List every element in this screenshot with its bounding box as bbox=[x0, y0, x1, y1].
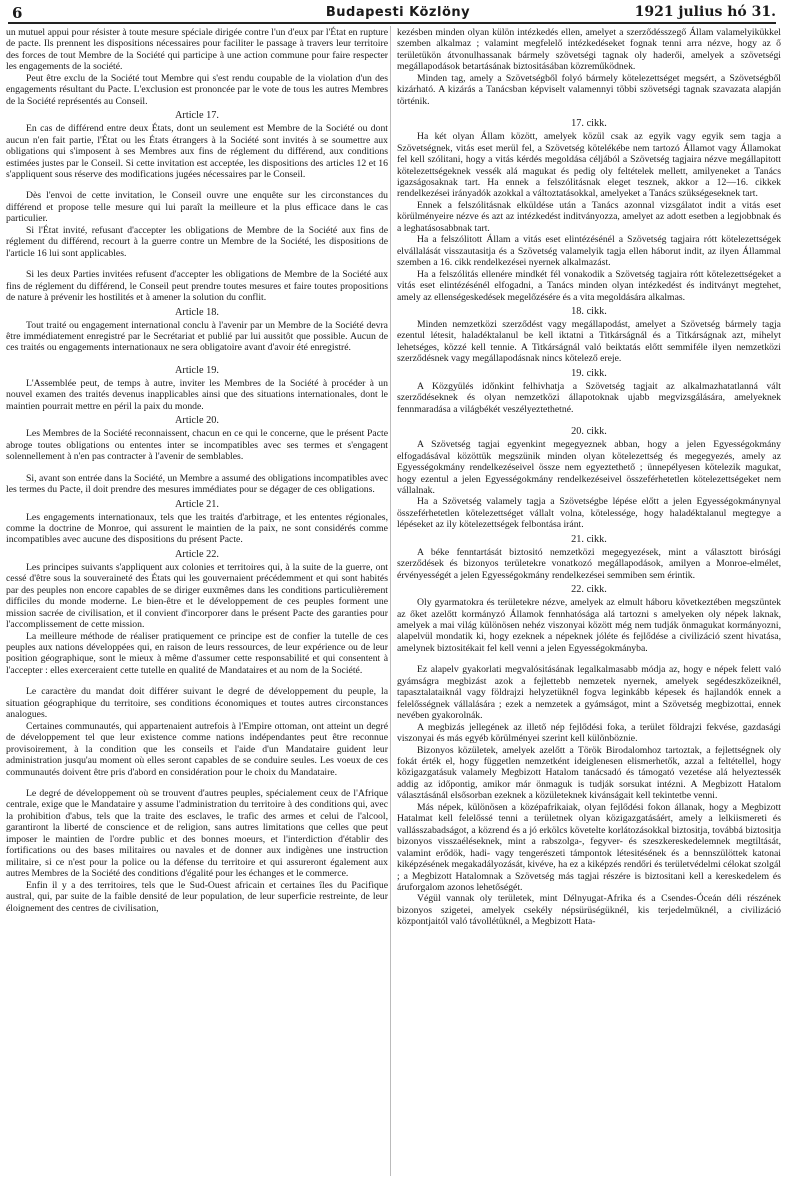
issue-date: 1921 julius hó 31. bbox=[635, 4, 776, 20]
paragraph: Bizonyos közületek, amelyek azelőtt a Tö… bbox=[397, 745, 781, 802]
paragraph: un mutuel appui pour résister à toute me… bbox=[6, 27, 388, 73]
paragraph: Si l'État invité, refusant d'accepter le… bbox=[6, 225, 388, 259]
article-heading: Article 18. bbox=[6, 306, 388, 319]
left-column-french-text: un mutuel appui pour résister à toute me… bbox=[6, 27, 388, 914]
paragraph: Tout traité ou engagement international … bbox=[6, 320, 388, 354]
article-heading: 22. cikk. bbox=[397, 583, 781, 596]
article-heading: Article 21. bbox=[6, 498, 388, 511]
article-heading: Article 22. bbox=[6, 548, 388, 561]
paragraph: Ha a Szövetség valamely tagja a Szövetsé… bbox=[397, 496, 781, 530]
article-heading: Article 20. bbox=[6, 414, 388, 427]
paragraph: Oly gyarmatokra és területekre nézve, am… bbox=[397, 597, 781, 654]
header-rule bbox=[8, 22, 776, 24]
paragraph: A Közgyülés időnkint felhivhatja a Szöve… bbox=[397, 381, 781, 415]
article-heading: Article 19. bbox=[6, 364, 388, 377]
right-column-hungarian-text: kezésben minden olyan külön intézkedés e… bbox=[397, 27, 781, 928]
paragraph: Ha két olyan Állam között, amelyek közül… bbox=[397, 131, 781, 200]
paragraph: Si, avant son entrée dans la Société, un… bbox=[6, 473, 388, 496]
paragraph: Végül vannak oly területek, mint Délnyug… bbox=[397, 893, 781, 927]
paragraph: Ez alapelv gyakorlati megvalósitásának l… bbox=[397, 664, 781, 721]
article-heading: 17. cikk. bbox=[397, 117, 781, 130]
paragraph: A Szövetség tagjai egyenkint megegyeznek… bbox=[397, 439, 781, 496]
paragraph: Les engagements internationaux, tels que… bbox=[6, 512, 388, 546]
paragraph: Minden nemzetközi szerződést vagy megáll… bbox=[397, 319, 781, 365]
article-heading: Article 17. bbox=[6, 109, 388, 122]
paragraph: Ha a felszólitás ellenére mindkét fél vo… bbox=[397, 269, 781, 303]
paragraph: Ha a felszólitott Állam a vitás eset eli… bbox=[397, 234, 781, 268]
paragraph: Dès l'envoi de cette invitation, le Cons… bbox=[6, 190, 388, 224]
paragraph: Si les deux Parties invitées refusent d'… bbox=[6, 269, 388, 303]
paragraph: La meilleure méthode de réaliser pratiqu… bbox=[6, 631, 388, 677]
paragraph: En cas de différend entre deux États, do… bbox=[6, 123, 388, 180]
paragraph: Minden tag, amely a Szövetségből folyó b… bbox=[397, 73, 781, 107]
paragraph: Les principes suivants s'appliquent aux … bbox=[6, 562, 388, 631]
newspaper-page: 6 Budapesti Közlöny 1921 julius hó 31. u… bbox=[0, 0, 792, 1180]
paragraph: Certaines communautés, qui appartenaient… bbox=[6, 721, 388, 778]
article-heading: 20. cikk. bbox=[397, 425, 781, 438]
paragraph: Más népek, különösen a középafrikaiak, o… bbox=[397, 802, 781, 894]
article-heading: 18. cikk. bbox=[397, 305, 781, 318]
paragraph: A megbizás jellegének az illető nép fejl… bbox=[397, 722, 781, 745]
paragraph: Le degré de développement où se trouvent… bbox=[6, 788, 388, 880]
paragraph: Le caractère du mandat doit différer sui… bbox=[6, 686, 388, 720]
paragraph: L'Assemblée peut, de temps à autre, invi… bbox=[6, 378, 388, 412]
masthead: 6 Budapesti Közlöny 1921 julius hó 31. bbox=[8, 4, 788, 22]
paragraph: kezésben minden olyan külön intézkedés e… bbox=[397, 27, 781, 73]
paragraph: Peut être exclu de la Société tout Membr… bbox=[6, 73, 388, 107]
paragraph: Ennek a felszólitásnak elküldése után a … bbox=[397, 200, 781, 234]
column-divider bbox=[390, 26, 391, 1176]
paragraph: Enfin il y a des territoires, tels que l… bbox=[6, 880, 388, 914]
article-heading: 19. cikk. bbox=[397, 367, 781, 380]
article-heading: 21. cikk. bbox=[397, 533, 781, 546]
paragraph: A béke fenntartását biztositó nemzetközi… bbox=[397, 547, 781, 581]
paragraph: Les Membres de la Société reconnaissent,… bbox=[6, 428, 388, 462]
